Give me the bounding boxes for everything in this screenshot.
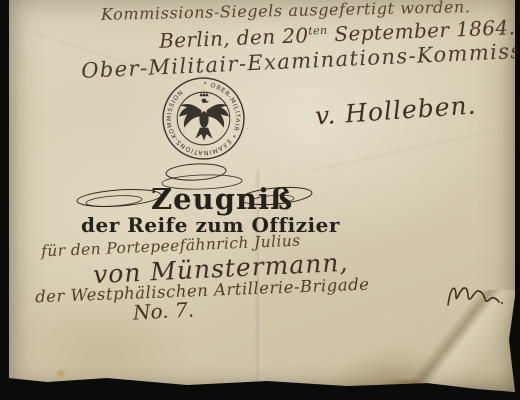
scanned-certificate-photo: Kommissions-Siegels ausgefertigt worden.… <box>0 0 520 400</box>
certificate-subtitle: der Reife zum Offizier <box>81 213 340 237</box>
official-seal: * OBER-MILITAIR * EXAMINATIONS-KOMMISSIO… <box>161 76 246 161</box>
clerk-initials-mark <box>441 272 505 314</box>
paper-stain <box>55 369 67 378</box>
dateline-ordinal: ten <box>308 24 328 38</box>
diagonal-crease-right <box>311 130 497 172</box>
paper-stain <box>377 380 437 394</box>
dateline-text: Berlin, den 20 <box>159 23 309 53</box>
paper-sheet: Kommissions-Siegels ausgefertigt worden.… <box>9 0 515 400</box>
president-signature: v. Holleben. <box>314 90 477 130</box>
certificate-title: Zeugniß <box>151 182 293 216</box>
unit-number-line: No. 7. <box>132 297 194 324</box>
